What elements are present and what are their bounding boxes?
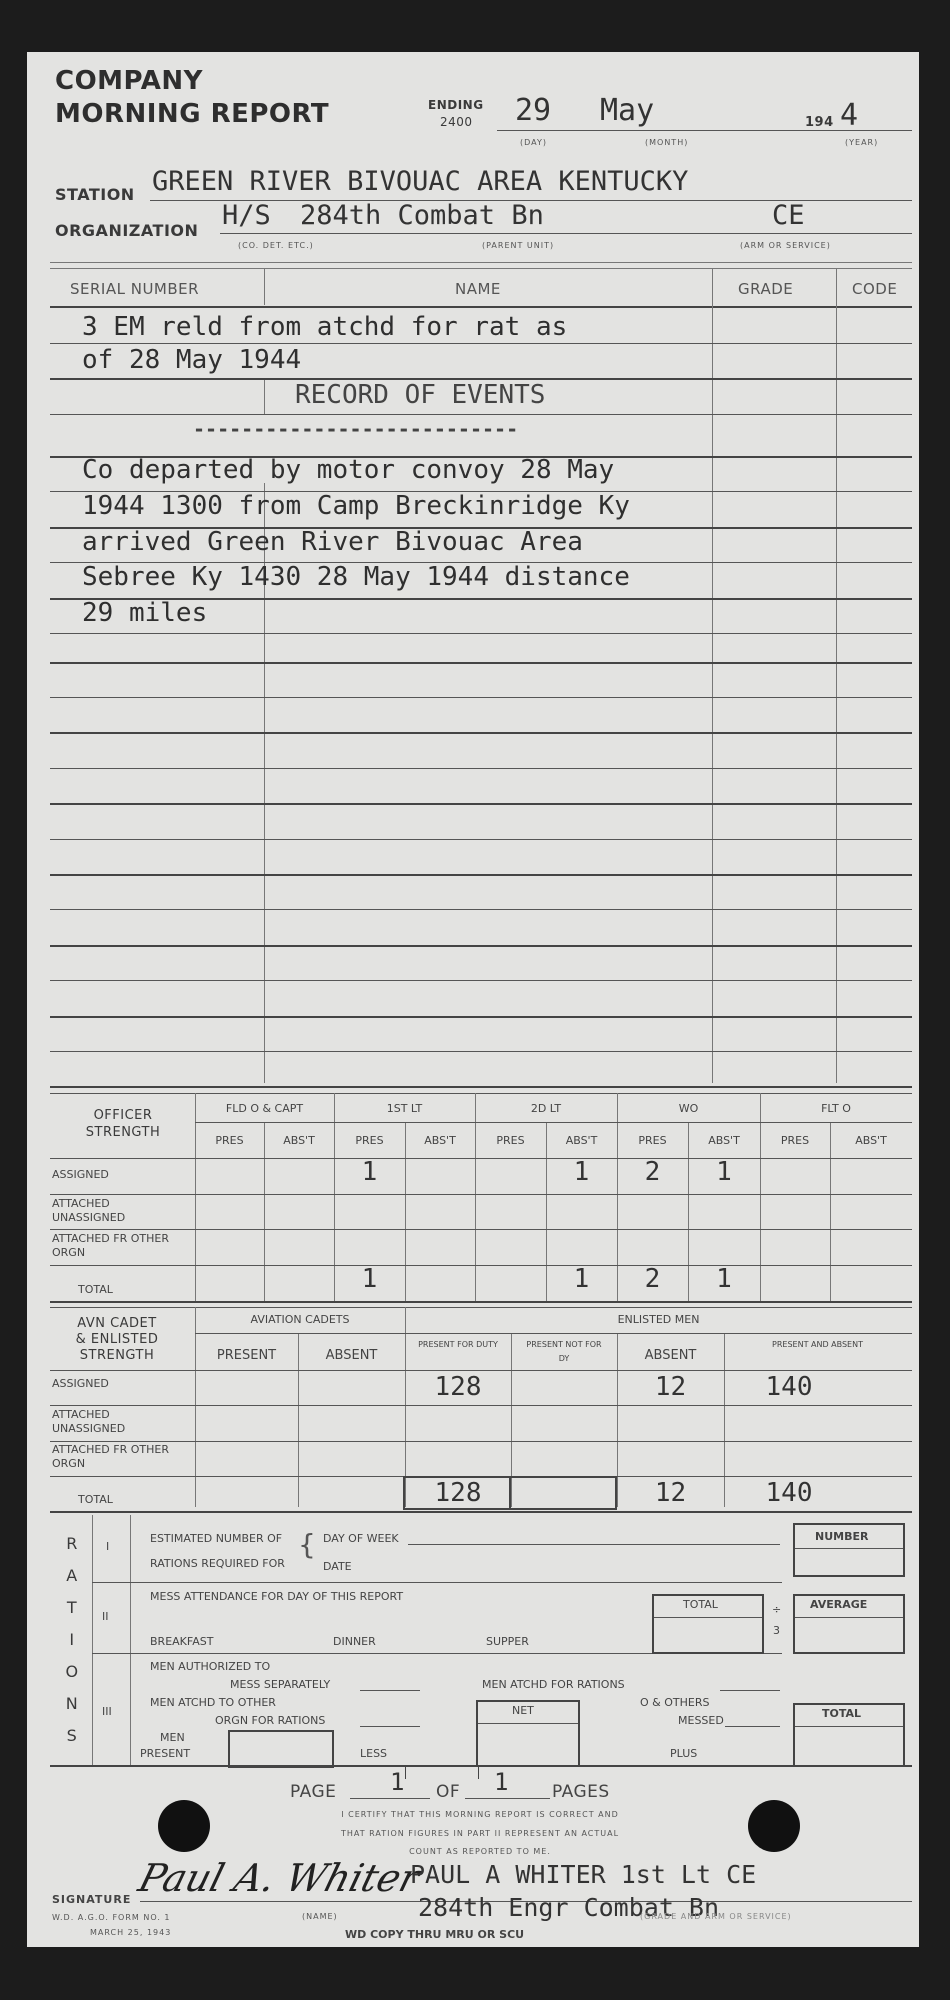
- certification-line-1: I CERTIFY THAT THIS MORNING REPORT IS CO…: [270, 1810, 690, 1819]
- others-line2: MESSED: [678, 1714, 724, 1727]
- group-1st-lt: 1ST LT: [334, 1102, 475, 1115]
- binder-hole-right: [748, 1800, 800, 1852]
- supper-label: SUPPER: [486, 1635, 529, 1648]
- pages-label: PAGES: [552, 1782, 610, 1802]
- enlisted-row-total-label: TOTAL: [78, 1493, 113, 1506]
- subheader-pres: PRES: [195, 1134, 264, 1147]
- men-atchd-for-rations: MEN ATCHD FOR RATIONS: [482, 1678, 625, 1691]
- row-total-label: TOTAL: [78, 1283, 113, 1296]
- total-absent: 12: [617, 1478, 724, 1508]
- signature-label: SIGNATURE: [52, 1893, 131, 1906]
- officer-strength-title-1: OFFICER: [78, 1108, 168, 1123]
- divide-by-three: 3: [773, 1624, 780, 1637]
- group-enlisted-men: ENLISTED MEN: [405, 1313, 912, 1326]
- event-line-2: 1944 1300 from Camp Breckinridge Ky: [82, 489, 630, 524]
- copy-note: WD COPY THRU MRU OR SCU: [345, 1928, 524, 1941]
- company-caption: (CO. DET. ETC.): [238, 241, 314, 250]
- form-number: W.D. A.G.O. FORM NO. 1: [52, 1913, 171, 1922]
- men-present-box: [228, 1730, 334, 1768]
- arm-service-caption: (ARM OR SERVICE): [740, 241, 831, 250]
- form-date: MARCH 25, 1943: [90, 1928, 171, 1937]
- group-2d-lt: 2D LT: [475, 1102, 617, 1115]
- subheader-pres: PRES: [617, 1134, 688, 1147]
- enlisted-row-attached-unassigned-label: ATTACHED UNASSIGNED: [52, 1408, 172, 1436]
- mess-total-label: TOTAL: [683, 1598, 718, 1611]
- enlisted-row-attached-other-label: ATTACHED FR OTHER ORGN: [52, 1443, 172, 1471]
- enlisted-title-1: AVN CADET: [52, 1316, 182, 1331]
- total-wo-pres: 2: [617, 1264, 688, 1294]
- men-atchd-other-line1: MEN ATCHD TO OTHER: [150, 1696, 276, 1709]
- assigned-wo-pres: 2: [617, 1157, 688, 1187]
- typed-name-grade: PAUL A WHITER 1st Lt CE: [410, 1860, 756, 1889]
- men-present-line2: PRESENT: [140, 1747, 190, 1760]
- assigned-present-and-absent: 140: [724, 1372, 854, 1402]
- page-label: PAGE: [290, 1782, 336, 1802]
- ending-time-label: 2400: [440, 115, 473, 129]
- net-label: NET: [512, 1704, 534, 1717]
- row-attached-other-label: ATTACHED FR OTHER ORGN: [52, 1232, 172, 1260]
- subheader-pres: PRES: [334, 1134, 405, 1147]
- name-caption: (NAME): [302, 1912, 338, 1921]
- enlisted-row-assigned-label: ASSIGNED: [52, 1377, 109, 1390]
- total-1st-lt-pres: 1: [334, 1264, 405, 1294]
- subheader-abst: ABS'T: [830, 1134, 912, 1147]
- breakfast-label: BREAKFAST: [150, 1635, 213, 1648]
- year-label: (YEAR): [845, 138, 878, 147]
- subheader-abst: ABS'T: [546, 1134, 617, 1147]
- less-label: LESS: [360, 1747, 387, 1760]
- assigned-absent: 12: [617, 1372, 724, 1402]
- row-assigned-label: ASSIGNED: [52, 1168, 109, 1181]
- average-label: AVERAGE: [810, 1598, 867, 1611]
- day-label: (DAY): [520, 138, 547, 147]
- subheader-present-for-duty: PRESENT FOR DUTY: [418, 1338, 498, 1352]
- year-digit: 4: [840, 98, 858, 133]
- dinner-label: DINNER: [333, 1635, 376, 1648]
- part2-title: MESS ATTENDANCE FOR DAY OF THIS REPORT: [150, 1590, 403, 1603]
- entry-line-2: of 28 May 1944: [82, 343, 301, 378]
- group-aviation-cadets: AVIATION CADETS: [195, 1313, 405, 1326]
- row-attached-unassigned-label: ATTACHED UNASSIGNED: [52, 1197, 172, 1225]
- brace-glyph: {: [298, 1528, 316, 1561]
- officer-strength-title-2: STRENGTH: [78, 1125, 168, 1140]
- part3-numeral: III: [102, 1705, 112, 1718]
- number-label: NUMBER: [815, 1530, 868, 1543]
- code-header: CODE: [852, 280, 897, 298]
- subheader-abst: ABS'T: [688, 1134, 760, 1147]
- event-line-1: Co departed by motor convoy 28 May: [82, 453, 614, 488]
- event-line-5: 29 miles: [82, 596, 207, 631]
- parent-unit-value: 284th Combat Bn: [300, 200, 544, 231]
- year-prefix: 194: [805, 115, 834, 130]
- total-pages: 1: [494, 1768, 508, 1796]
- part1-line1: ESTIMATED NUMBER OF: [150, 1532, 282, 1545]
- total-2d-lt-abst: 1: [546, 1264, 617, 1294]
- company-value: H/S: [222, 200, 271, 231]
- serial-number-header: SERIAL NUMBER: [70, 280, 199, 298]
- date-label: DATE: [323, 1560, 352, 1573]
- assigned-wo-abst: 1: [688, 1157, 760, 1187]
- men-present-line1: MEN: [160, 1731, 185, 1744]
- part1-line2: RATIONS REQUIRED FOR: [150, 1557, 285, 1570]
- entry-line-1: 3 EM reld from atchd for rat as: [82, 310, 567, 345]
- part1-numeral: I: [106, 1540, 109, 1553]
- group-fld-o-capt: FLD O & CAPT: [195, 1102, 334, 1115]
- name-header: NAME: [455, 280, 501, 298]
- part2-numeral: II: [102, 1610, 109, 1623]
- assigned-1st-lt-pres: 1: [334, 1157, 405, 1187]
- subheader-present-and-absent: PRESENT AND ABSENT: [760, 1338, 875, 1352]
- month-label: (MONTH): [645, 138, 688, 147]
- assigned-2d-lt-abst: 1: [546, 1157, 617, 1187]
- group-flt-o: FLT O: [760, 1102, 912, 1115]
- subheader-cadets-present: PRESENT: [195, 1348, 298, 1363]
- of-label: OF: [436, 1782, 460, 1802]
- men-authorized-line2: MESS SEPARATELY: [230, 1678, 330, 1691]
- page-number: 1: [390, 1768, 404, 1796]
- record-of-events-heading: RECORD OF EVENTS: [295, 378, 545, 413]
- group-wo: WO: [617, 1102, 760, 1115]
- subheader-cadets-absent: ABSENT: [298, 1348, 405, 1363]
- total-present-for-duty: 128: [405, 1478, 511, 1508]
- subheader-abst: ABS'T: [405, 1134, 475, 1147]
- rations-total-label: TOTAL: [822, 1707, 861, 1720]
- plus-label: PLUS: [670, 1747, 697, 1760]
- organization-label: ORGANIZATION: [55, 221, 198, 240]
- separator-dashes: ---------------------------: [193, 417, 518, 441]
- others-line1: O & OTHERS: [640, 1696, 709, 1709]
- ending-label: ENDING: [428, 98, 484, 112]
- event-line-3: arrived Green River Bivouac Area: [82, 525, 583, 560]
- grade-caption: (GRADE AND ARM OR SERVICE): [640, 1912, 792, 1921]
- binder-hole-left: [158, 1800, 210, 1852]
- subheader-present-not-for-duty: PRESENT NOT FOR DY: [521, 1338, 607, 1366]
- total-present-and-absent: 140: [724, 1478, 854, 1508]
- grade-header: GRADE: [738, 280, 793, 298]
- day-of-week-label: DAY OF WEEK: [323, 1532, 399, 1545]
- enlisted-title-2: & ENLISTED: [52, 1332, 182, 1347]
- handwritten-signature: Paul A. Whiter: [134, 1856, 424, 1900]
- subheader-pres: PRES: [475, 1134, 546, 1147]
- total-wo-abst: 1: [688, 1264, 760, 1294]
- men-authorized-line1: MEN AUTHORIZED TO: [150, 1660, 270, 1673]
- station-value: GREEN RIVER BIVOUAC AREA KENTUCKY: [152, 166, 688, 197]
- month-value: May: [600, 93, 654, 128]
- men-atchd-other-line2: ORGN FOR RATIONS: [215, 1714, 325, 1727]
- subheader-enlisted-absent: ABSENT: [617, 1348, 724, 1363]
- certification-line-3: COUNT AS REPORTED TO ME.: [270, 1847, 690, 1856]
- form-title-line2: MORNING REPORT: [55, 99, 329, 129]
- parent-unit-caption: (PARENT UNIT): [482, 241, 554, 250]
- rations-side-label: RATIONS: [62, 1528, 82, 1752]
- divide-symbol: ÷: [772, 1603, 781, 1616]
- arm-service-value: CE: [772, 200, 805, 231]
- certification-line-2: THAT RATION FIGURES IN PART II REPRESENT…: [270, 1829, 690, 1838]
- assigned-present-for-duty: 128: [405, 1372, 511, 1402]
- event-line-4: Sebree Ky 1430 28 May 1944 distance: [82, 560, 630, 595]
- subheader-pres: PRES: [760, 1134, 830, 1147]
- subheader-abst: ABS'T: [264, 1134, 334, 1147]
- enlisted-title-3: STRENGTH: [52, 1348, 182, 1363]
- station-label: STATION: [55, 185, 135, 204]
- form-title-line1: COMPANY: [55, 66, 203, 96]
- day-value: 29: [515, 93, 551, 128]
